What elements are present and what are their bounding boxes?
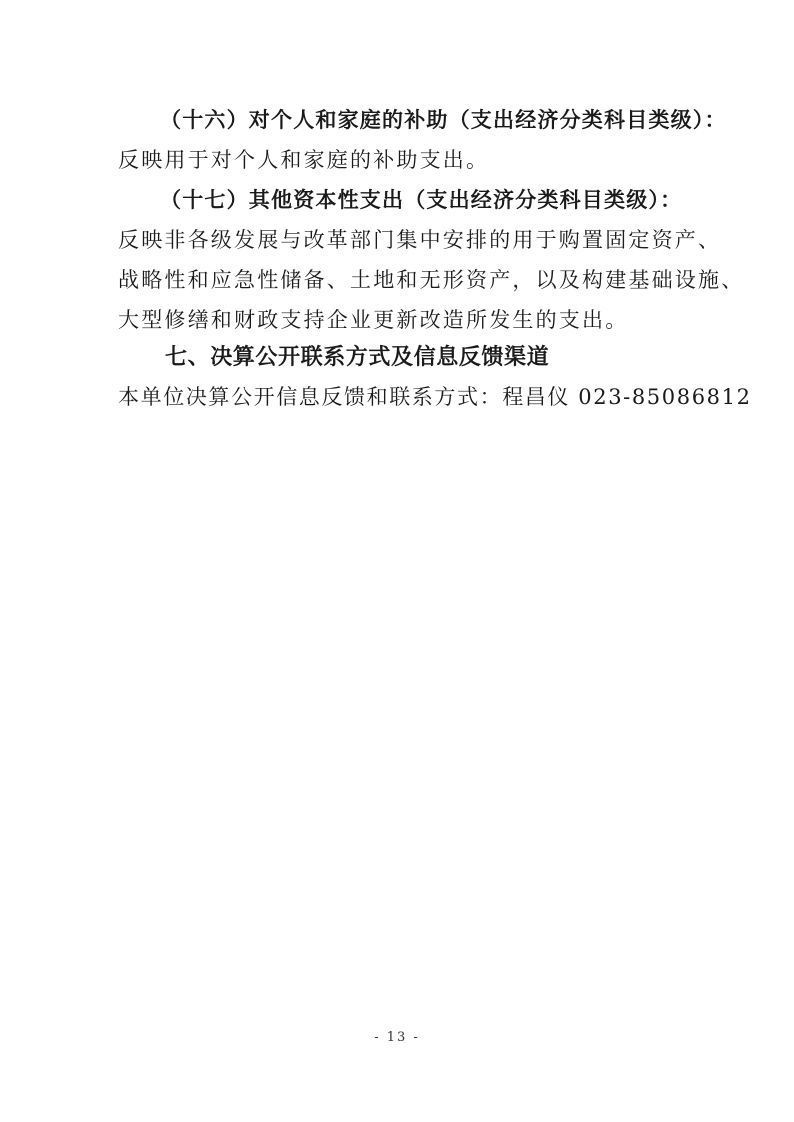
body-paragraph: 战略性和应急性储备、土地和无形资产，以及构建基础设施、	[118, 266, 744, 294]
body-paragraph: 反映非各级发展与改革部门集中安排的用于购置固定资产、	[118, 226, 721, 254]
subheading-17: （十七）其他资本性支出（支出经济分类科目类级）：	[160, 186, 682, 214]
page-number: - 13 -	[0, 1030, 794, 1045]
body-paragraph: 大型修缮和财政支持企业更新改造所发生的支出。	[118, 306, 628, 334]
section-heading: 七、决算公开联系方式及信息反馈渠道	[165, 344, 549, 372]
body-paragraph: 反映用于对个人和家庭的补助支出。	[118, 146, 489, 174]
subheading-16: （十六）对个人和家庭的补助（支出经济分类科目类级）：	[160, 106, 727, 134]
contact-info: 本单位决算公开信息反馈和联系方式：程昌仪 023-85086812	[118, 383, 752, 411]
